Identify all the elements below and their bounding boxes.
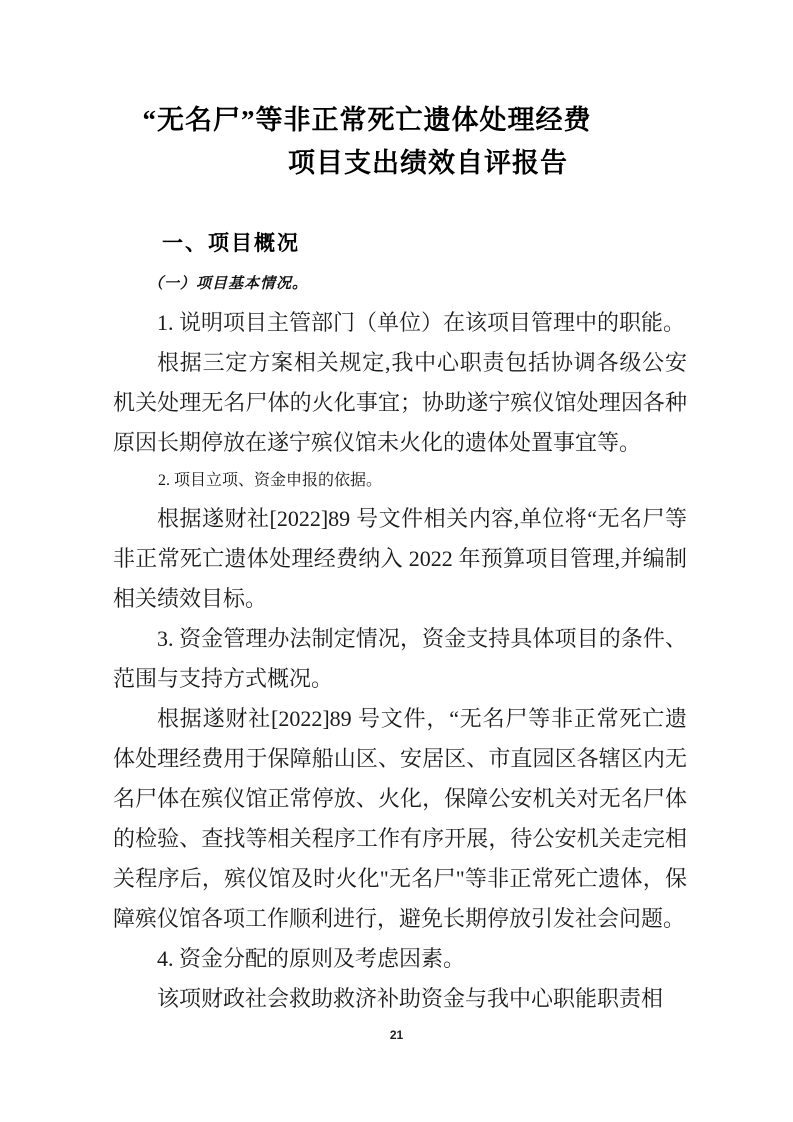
document-title: “无名尸”等非正常死亡遗体处理经费 项目支出绩效自评报告 [113,99,687,185]
numbered-item-3: 3. 资金管理办法制定情况，资金支持具体项目的条件、范围与支持方式概况。 [113,619,687,699]
subsection-heading-basic-situation: （一）项目基本情况。 [113,273,687,295]
section-heading-project-overview: 一、项目概况 [113,229,687,259]
page-number: 21 [0,1027,793,1043]
paragraph-1: 根据三定方案相关规定,我中心职责包括协调各级公安机关处理无名尸体的火化事宜；协助… [113,343,687,463]
document-title-line1: “无名尸”等非正常死亡遗体处理经费 [80,99,654,142]
paragraph-4: 该项财政社会救助救济补助资金与我中心职能职责相 [113,979,687,1019]
document-page: “无名尸”等非正常死亡遗体处理经费 项目支出绩效自评报告 一、项目概况 （一）项… [0,0,793,1122]
paragraph-2: 根据遂财社[2022]89 号文件相关内容,单位将“无名尸等非正常死亡遗体处理经… [113,499,687,619]
numbered-item-1: 1. 说明项目主管部门（单位）在该项目管理中的职能。 [113,303,687,343]
document-title-line2: 项目支出绩效自评报告 [141,142,715,185]
document-content: “无名尸”等非正常死亡遗体处理经费 项目支出绩效自评报告 一、项目概况 （一）项… [113,99,687,1019]
numbered-item-4: 4. 资金分配的原则及考虑因素。 [113,939,687,979]
numbered-item-2: 2. 项目立项、资金申报的依据。 [113,463,687,499]
paragraph-3: 根据遂财社[2022]89 号文件，“无名尸等非正常死亡遗体处理经费用于保障船山… [113,699,687,939]
